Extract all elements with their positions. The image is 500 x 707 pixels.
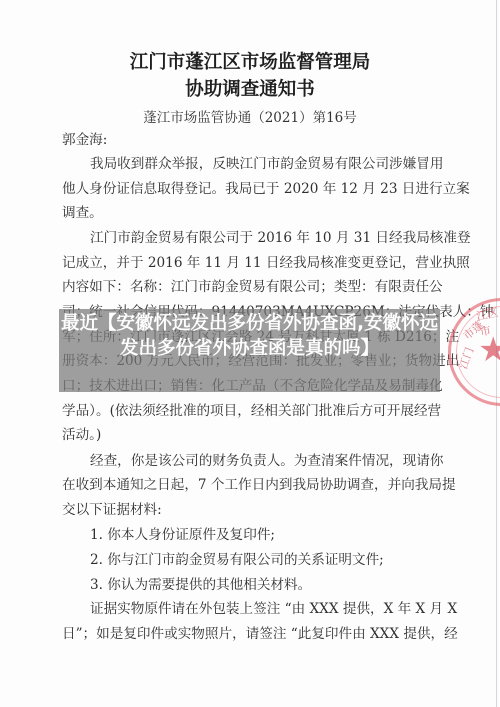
- body-line: 我局收到群众举报，反映江门市韵金贸易有限公司涉嫌冒用: [90, 155, 440, 173]
- body-line: 在收到本通知之日起，7 个工作日内到我局协助调查，并向我局提: [62, 476, 440, 494]
- recipient-name: 郭金海:: [62, 131, 440, 149]
- body-line: 经查，你是该公司的财务负责人。为查清案件情况，现请你: [90, 452, 440, 470]
- body-line: 他人身份证信息取得登记。我局已于 2020 年 12 月 23 日进行立案: [62, 180, 440, 198]
- body-line: 江门市韵金贸易有限公司于 2016 年 10 月 31 日经我局核准登: [90, 229, 440, 247]
- body-line: 记成立，并于 2016 年 11 月 11 日经我局核准变更登记，营业执照: [62, 254, 440, 272]
- document-number: 蓬江市场监管协通（2021）第16号: [0, 106, 500, 126]
- body-line: 日”；如是复印件或实物照片，请签注 “此复印件由 XXX 提供，经: [62, 625, 440, 643]
- body-line: 证据实物原件请在外包装上签注 “由 XXX 提供，X 年 X 月 X: [90, 600, 440, 618]
- notice-title: 协助调查通知书: [0, 75, 500, 101]
- document-page: 江门市蓬江区市场监督管理局 协助调查通知书 蓬江市场监管协通（2021）第16号…: [0, 0, 500, 707]
- list-item: 3. 你认为需要提供的其他相关材料。: [90, 576, 440, 594]
- body-line: 内容如下：名称：江门市韵金贸易有限公司；类型：有限责任公: [62, 278, 440, 296]
- list-item: 2. 你与江门市韵金贸易有限公司的关系证明文件;: [90, 551, 440, 569]
- body-line: 活动。): [62, 426, 440, 444]
- body-line: 调查。: [62, 204, 440, 222]
- star-icon: ★: [478, 333, 500, 367]
- caption-overlay-text: 最近【安徽怀远发出多份省外协查函,安徽怀远发出多份省外协查函是真的吗】: [59, 311, 440, 361]
- list-item: 1. 你本人身份证原件及复印件;: [90, 526, 440, 544]
- body-line: 学品）。(依法须经批准的项目，经相关部门批准后方可开展经营: [62, 402, 440, 420]
- issuer-title: 江门市蓬江区市场监督管理局: [0, 48, 500, 74]
- body-line: 交以下证据材料:: [62, 501, 440, 519]
